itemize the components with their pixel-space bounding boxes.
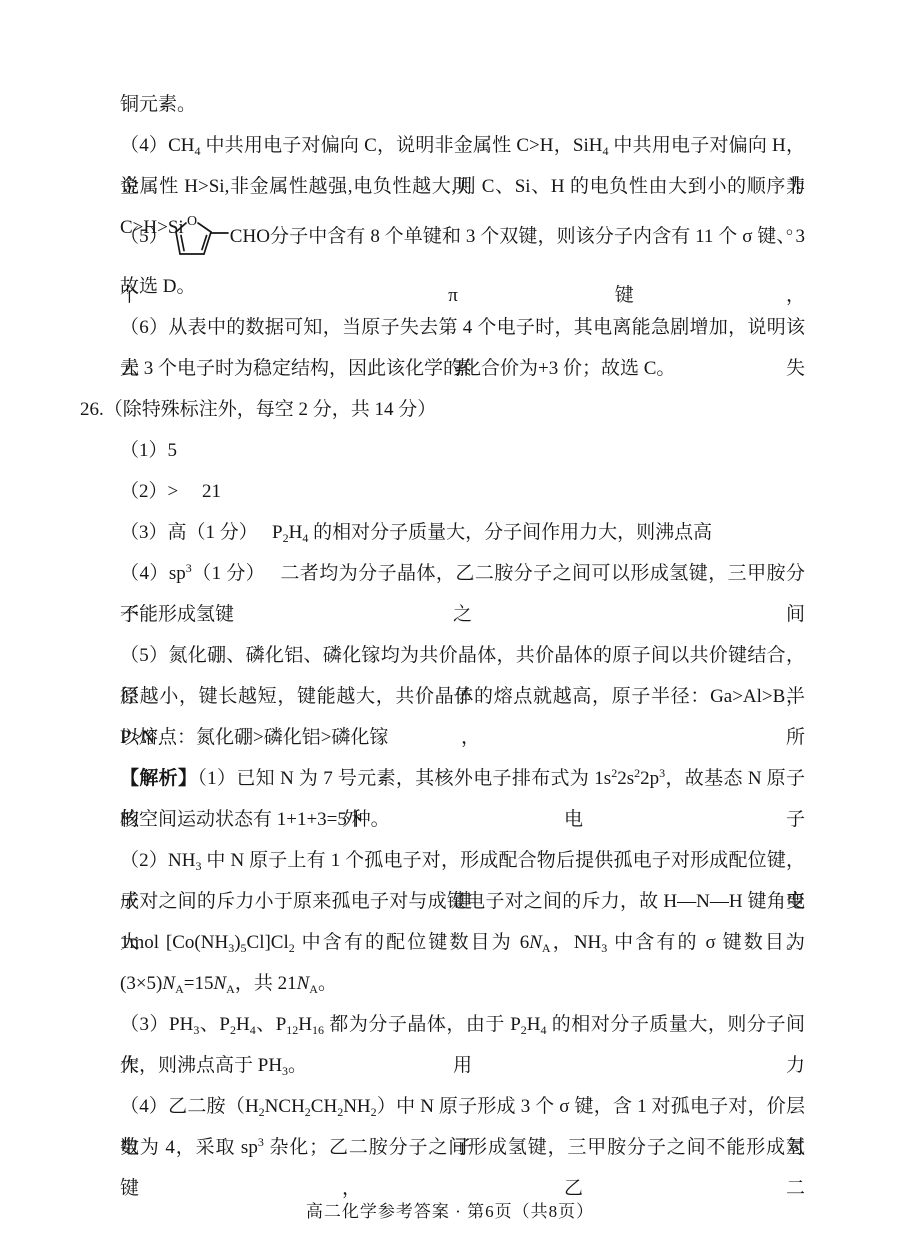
line-jiexi-3a: （3）PH3、P2H4、P12H16 都为分子晶体，由于 P2H4 的相对分子质… [120, 1004, 805, 1045]
text-segment: 中含有的 σ 键数目为 [607, 932, 805, 953]
line-a5-b: 径越小，键长越短，键能越大，共价晶体的熔点就越高，原子半径：Ga>Al>B，P>… [120, 676, 805, 717]
text-segment: （2）> 21 [120, 481, 221, 502]
text-segment: H [289, 522, 303, 543]
text-segment: A [226, 982, 235, 996]
line-q5-a: （5）OCHO分子中含有 8 个单键和 3 个双键，则该分子内含有 11 个 σ… [120, 207, 805, 266]
svg-text:O: O [187, 214, 197, 229]
text-segment: 26.（除特殊标注外，每空 2 分，共 14 分） [80, 399, 436, 420]
line-copper: 铜元素。 [120, 84, 805, 125]
answer-sheet-page: 铜元素。（4）CH4 中共用电子对偏向 C，说明非金属性 C>H，SiH4 中共… [0, 0, 900, 1258]
text-segment: H [527, 1014, 541, 1035]
line-jiexi-1a: 【解析】（1）已知 N 为 7 号元素，其核外电子排布式为 1s22s22p3，… [120, 758, 805, 799]
furan-ring-icon: O [168, 226, 230, 247]
text-segment: A [309, 982, 318, 996]
text-segment: 故选 D。 [120, 276, 195, 297]
text-segment: N [529, 932, 542, 953]
text-segment: A [542, 941, 551, 955]
text-segment: 都为分子晶体，由于 P [324, 1014, 521, 1035]
text-segment: NCH [265, 1096, 305, 1117]
text-segment: N [162, 973, 175, 994]
text-segment: 【解析】 [120, 768, 197, 789]
line-q4-a: （4）CH4 中共用电子对偏向 C，说明非金属性 C>H，SiH4 中共用电子对… [120, 125, 805, 166]
text-segment: 2p [640, 768, 659, 789]
text-segment: 铜元素。 [120, 94, 196, 115]
line-a3: （3）高（1 分） P2H4 的相对分子质量大，分子间作用力大，则沸点高 [120, 512, 805, 553]
text-segment: 。 [288, 1055, 307, 1076]
line-jiexi-4a: （4）乙二胺（H2NCH2CH2NH2）中 N 原子形成 3 个 σ 键，含 1… [120, 1086, 805, 1127]
text-segment: 以熔点：氮化硼>磷化铝>磷化镓 [120, 727, 388, 748]
line-a5-a: （5）氮化硼、磷化铝、磷化镓均为共价晶体，共价晶体的原子间以共价键结合，原子半 [120, 635, 805, 676]
page-footer: 高二化学参考答案 · 第6页（共8页） [0, 1197, 900, 1222]
footer-page-label: 高二化学参考答案 · 第6页（共8页） [306, 1202, 594, 1221]
line-jiexi-2b: 子对之间的斥力小于原来孤电子对与成键电子对之间的斥力，故 H—N—H 键角变大。 [120, 881, 805, 922]
text-segment: 、P [199, 1014, 230, 1035]
text-segment: （1）已知 N 为 7 号元素，其核外电子排布式为 1s [197, 768, 611, 789]
text-segment: N [213, 973, 226, 994]
text-segment: 16 [312, 1023, 324, 1037]
text-segment: A [175, 982, 184, 996]
text-segment: NH [343, 1096, 370, 1117]
text-segment: （4）CH [120, 135, 195, 156]
line-jiexi-2d: (3×5)NA=15NA，共 21NA。 [120, 963, 805, 1004]
line-a1: （1）5 [120, 430, 805, 471]
text-segment: Cl]Cl [247, 932, 289, 953]
text-segment: 的相对分子质量大，分子间作用力大，则沸点高 [308, 522, 712, 543]
line-q4-b: 金属性 H>Si,非金属性越强,电负性越大,则 C、Si、H 的电负性由大到小的… [120, 166, 805, 207]
text-segment: H [298, 1014, 312, 1035]
line-a2: （2）> 21 [120, 471, 805, 512]
text-segment: 的空间运动状态有 1+1+3=5 种。 [120, 809, 390, 830]
line-q26-header: 26.（除特殊标注外，每空 2 分，共 14 分） [80, 389, 805, 430]
text-segment: （1）5 [120, 440, 177, 461]
text-segment: 去 3 个电子时为稳定结构，因此该化学的化合价为+3 价；故选 C。 [120, 358, 675, 379]
line-jiexi-2a: （2）NH3 中 N 原子上有 1 个孤电子对，形成配合物后提供孤电子对形成配位… [120, 840, 805, 881]
text-segment: （3）PH [120, 1014, 193, 1035]
text-segment: 数为 4，采取 sp [120, 1137, 258, 1158]
text-segment: ，NH [551, 932, 602, 953]
text-segment: N [297, 973, 310, 994]
text-segment: 中共用电子对偏向 C，说明非金属性 C>H，SiH [201, 135, 603, 156]
text-segment: H [236, 1014, 250, 1035]
text-segment: （5） [120, 226, 168, 247]
text-segment: 12 [286, 1023, 298, 1037]
text-segment: (3×5) [120, 973, 162, 994]
text-segment: ，共 21 [235, 973, 297, 994]
text-segment: 2s [617, 768, 634, 789]
text-segment: 不能形成氢键 [120, 604, 234, 625]
text-segment: （4）sp [120, 563, 186, 584]
line-q6-a: （6）从表中的数据可知，当原子失去第 4 个电子时，其电离能急剧增加，说明该元素… [120, 307, 805, 348]
text-segment: （4）乙二胺（H [120, 1096, 259, 1117]
text-segment: 。 [318, 973, 337, 994]
line-jiexi-2c: 1mol [Co(NH3)5Cl]Cl2 中含有的配位键数目为 6NA，NH3 … [120, 922, 805, 963]
text-segment: 大，则沸点高于 PH [120, 1055, 282, 1076]
line-a4-a: （4）sp3（1 分） 二者均为分子晶体，乙二胺分子之间可以形成氢键，三甲胺分子… [120, 553, 805, 594]
text-segment: 中含有的配位键数目为 6 [295, 932, 529, 953]
text-segment: CH [311, 1096, 337, 1117]
text-segment: 1mol [Co(NH [120, 932, 228, 953]
text-segment: （3）高（1 分） P [120, 522, 283, 543]
line-jiexi-4b: 数为 4，采取 sp3 杂化；乙二胺分子之间形成氢键，三甲胺分子之间不能形成氢键… [120, 1127, 805, 1168]
text-segment: （2）NH [120, 850, 195, 871]
document-body: 铜元素。（4）CH4 中共用电子对偏向 C，说明非金属性 C>H，SiH4 中共… [0, 0, 900, 1168]
text-segment: =15 [184, 973, 214, 994]
text-segment: 、P [256, 1014, 287, 1035]
